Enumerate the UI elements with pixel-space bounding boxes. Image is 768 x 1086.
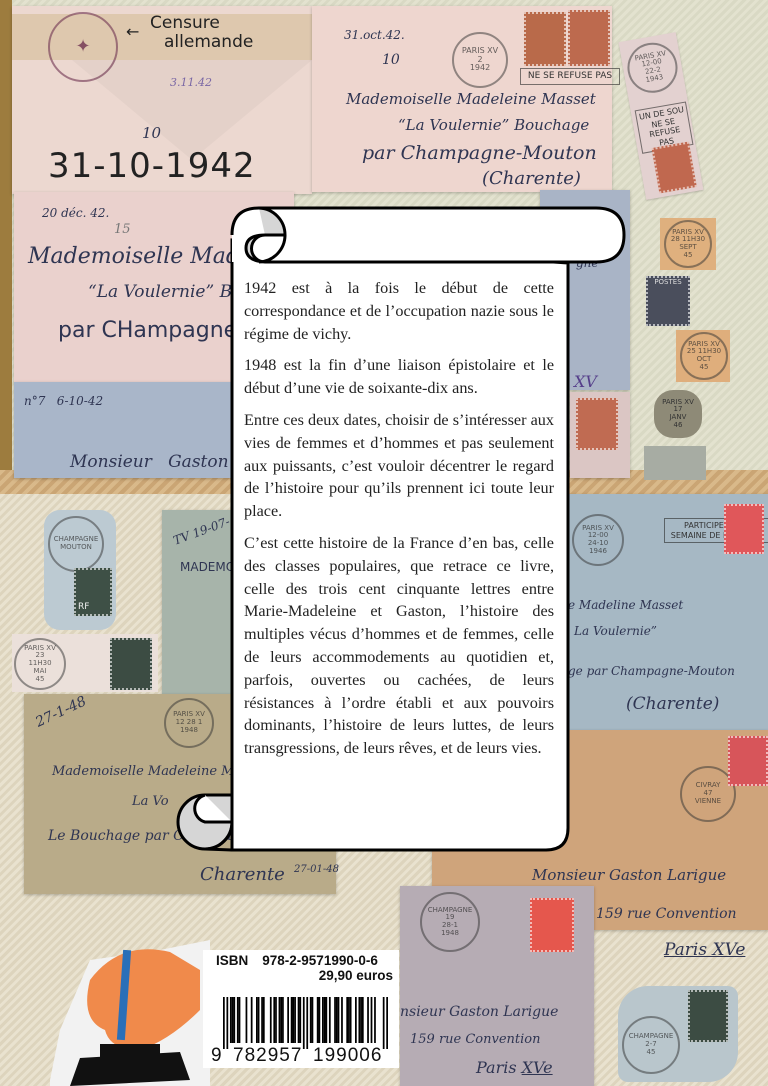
postmark: PARIS XV28 11H30SEPT45: [664, 220, 712, 268]
postmark-fragment: [644, 446, 706, 480]
barcode-digit-first: 9: [211, 1045, 222, 1067]
envelope-date-small: 27-01-48: [294, 864, 339, 875]
address-line: (Charente): [626, 694, 719, 714]
stamp-marianne-red: [724, 504, 764, 554]
address-line: Paris XVe: [664, 940, 745, 960]
wood-frame: [0, 0, 12, 480]
address-line: “La Voulernie” B: [88, 282, 232, 302]
address-line: nsieur Gaston Larigue: [400, 1004, 558, 1020]
postmark: CHAMPAGNE1928-11948: [420, 892, 480, 952]
postmark: PARIS XV12-0022-21943: [624, 39, 682, 97]
stamp-postes-lorraine: POSTES: [646, 276, 690, 326]
postmark: PARIS XV12 28 11948: [164, 698, 214, 748]
address-line: “La Voulernie” Bouchage: [398, 116, 589, 134]
envelope-madeleine-1942: 31.oct.42. 10 PARIS XV21942 NE SE REFUSE…: [312, 6, 612, 192]
envelope-number: 15: [114, 222, 131, 237]
address-line: Monsieur Gaston Larigue: [532, 866, 726, 884]
postmark: CHAMPAGNE2-745: [622, 1016, 680, 1074]
back-cover-blurb: 1942 est à la fois le début de cette cor…: [244, 277, 554, 769]
stamp-petain: [651, 142, 696, 194]
blurb-paragraph: 1948 est la fin d’une liaison épistolair…: [244, 354, 554, 400]
address-line: Charente: [200, 864, 285, 885]
envelope-date-large: 31-10-1942: [48, 146, 256, 186]
address-line: La Voulernie”: [574, 624, 657, 638]
address-line: Mademoiselle Madeleine Masset: [346, 90, 596, 108]
barcode-digits-left: 782957: [233, 1045, 302, 1067]
stamp-marianne-green: [688, 990, 728, 1042]
stamp-marianne-red: [728, 736, 768, 786]
blurb-paragraph: 1942 est à la fois le début de cette cor…: [244, 277, 554, 345]
stamp-marianne-green: RF: [74, 568, 112, 616]
address-line: par CHampagne: [58, 318, 237, 343]
blurb-paragraph: C’est cette histoire de la France d’en b…: [244, 532, 554, 760]
pencil-date: 3.11.42: [170, 76, 212, 89]
envelope-number: 10: [142, 124, 161, 142]
postmark: PARIS XV21942: [452, 32, 508, 88]
envelope-madeleine-1946: PARIS XV12-0024-101946 PARTICIPEZ A LA S…: [564, 494, 768, 730]
address-line: 159 rue Convention: [410, 1032, 541, 1047]
postmark: CHAMPAGNEMOUTON: [48, 516, 104, 572]
slogan-cancel: NE SE REFUSE PAS: [520, 68, 620, 85]
envelope-date: 31.oct.42.: [344, 28, 405, 42]
censure-note: ← Censure allemande: [150, 14, 253, 52]
isbn-label: ISBN: [216, 953, 248, 968]
arrow-left-icon: ←: [126, 22, 139, 41]
envelope-number: 10: [382, 52, 400, 68]
envelope-date: n°7 6-10-42: [24, 394, 103, 408]
stamp-petain: [568, 10, 610, 66]
postmark: PARIS XV25 11H30OCT45: [680, 332, 728, 380]
postmark-octagon: PARIS XV17JANV46: [654, 390, 702, 438]
postmark: PARIS XV12-0024-101946: [572, 514, 624, 566]
stamp-petain: [576, 398, 618, 450]
envelope-pink-back: [570, 392, 630, 478]
postmark-fragment: PARIS XV25 11H30OCT45: [676, 330, 730, 382]
address-line: e Madeline Masset: [568, 598, 683, 612]
envelope-mademois: TV 19-07- MADEMOIS: [162, 510, 242, 720]
envelope-censored-1942: ✦ ← Censure allemande 3.11.42 10 31-10-1…: [12, 6, 312, 194]
envelope-date: 27-1-48: [33, 693, 89, 730]
barcode-digits-right: 199006: [313, 1045, 382, 1067]
address-line: par Champagne-Mouton: [362, 142, 597, 164]
stamp-fragment-champagne-1945: CHAMPAGNE2-745: [618, 986, 738, 1082]
address-line: 159 rue Convention: [596, 906, 737, 922]
address-line: Le Bouchage par Champagne-Mouton: [48, 828, 318, 844]
stamp-marianne-green: [110, 638, 152, 690]
address-line: La Vo: [132, 794, 169, 809]
isbn-line: ISBN978-2-9571990-0-6: [216, 953, 378, 968]
stamp-marianne-red: [530, 898, 574, 952]
postmark-fragment: PARIS XV28 11H30SEPT45: [660, 218, 716, 270]
address-line: (Charente): [482, 168, 581, 189]
isbn-barcode-block: ISBN978-2-9571990-0-6 29,90 euros 9 7829…: [203, 950, 399, 1068]
address-fragment: gne: [576, 256, 599, 270]
envelope-flap: [72, 60, 312, 160]
address-line: Mademoiselle Madeleine M: [52, 764, 235, 779]
stamp-fragment-champagne: CHAMPAGNEMOUTON RF: [44, 510, 116, 630]
blurb-paragraph: Entre ces deux dates, choisir de s’intér…: [244, 409, 554, 523]
address-line: ge par Champagne-Mouton: [568, 664, 735, 678]
stamp-iris: [524, 12, 566, 66]
stamp-fragment-mai45: PARIS XV2311H30MAI45: [12, 634, 158, 692]
envelope-gaston-1948: CHAMPAGNE1928-11948 nsieur Gaston Larigu…: [400, 886, 594, 1086]
address-line: Mademoiselle Madeleine: [28, 244, 307, 269]
isbn-number: 978-2-9571990-0-6: [262, 953, 378, 968]
envelope-date: 20 déc. 42.: [42, 206, 109, 220]
postmark: PARIS XV2311H30MAI45: [14, 638, 66, 690]
envelope-date: TV 19-07-: [171, 514, 231, 547]
hand-writing-illustration: [50, 940, 210, 1086]
address-line: Monsieur Gaston: [70, 452, 229, 472]
price: 29,90 euros: [319, 968, 393, 983]
address-line: Paris XVe: [476, 1058, 553, 1077]
address-fragment: MADEMOIS: [180, 560, 246, 574]
ean13-barcode: [223, 997, 388, 1049]
address-fragment: XV: [574, 372, 597, 391]
